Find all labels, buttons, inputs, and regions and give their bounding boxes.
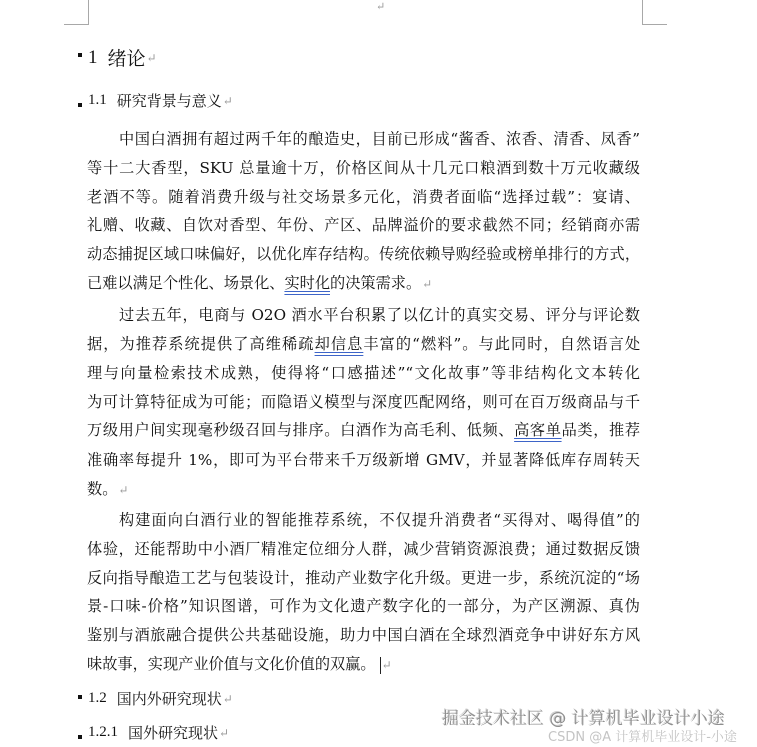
outline-bullet-icon xyxy=(78,695,82,699)
text-line: 过去五年，电商与 O2O 酒水平台积累了以亿计的真实交易、评分与评论数 xyxy=(119,305,640,325)
text-line: 味故事，实现产业价值与文化价值的双赢。↵ xyxy=(87,654,640,675)
heading-number: 1.2 xyxy=(88,690,107,707)
outline-bullet-icon xyxy=(78,735,82,739)
paragraph-mark-icon: ↵ xyxy=(422,277,432,291)
text-line: 景-口味-价格”知识图谱，可作为文化遗产数字化的一部分，为产区溯源、真伪 xyxy=(87,596,640,616)
heading-title: 研究背景与意义 xyxy=(117,90,222,111)
heading-number: 1 xyxy=(88,47,98,69)
spellcheck-underline[interactable]: 实时化 xyxy=(284,274,330,292)
text-line: 动态捕捉区域口味偏好，以优化库存结构。传统依赖导购经验或榜单排行的方式， xyxy=(87,244,640,264)
heading-1[interactable]: 1 绪论 ↵ xyxy=(78,44,157,71)
heading-1-1[interactable]: 1.1 研究背景与意义 ↵ xyxy=(78,90,233,111)
heading-title: 国内外研究现状 xyxy=(117,688,222,709)
paragraph-mark-icon: ↵ xyxy=(223,94,233,108)
text-line: 准确率每提升 1%，即可为平台带来千万级新增 GMV，并显著降低库存周转天 xyxy=(87,450,640,470)
paragraph-mark-icon: ↵ xyxy=(382,658,392,672)
text-line: 等十二大香型，SKU 总量逾十万，价格区间从十几元口粮酒到数十万元收藏级 xyxy=(87,158,640,178)
heading-1-2-1[interactable]: 1.2.1 国外研究现状 ↵ xyxy=(78,722,229,743)
heading-1-2[interactable]: 1.2 国内外研究现状 ↵ xyxy=(78,688,233,709)
outline-bullet-icon xyxy=(78,103,82,107)
text-line: 鉴别与酒旅融合提供公共基础设施，助力中国白酒在全球烈酒竞争中讲好东方风 xyxy=(87,625,640,645)
watermark-csdn: CSDN @A 计算机毕业设计-小途 xyxy=(548,726,737,745)
paragraph-mark-icon: ↵ xyxy=(219,726,229,740)
outline-bullet-icon xyxy=(78,53,82,57)
page-corner-mark-left xyxy=(64,0,89,25)
text-run: 味故事，实现产业价值与文化价值的双赢。 xyxy=(87,655,376,673)
text-line: 中国白酒拥有超过两千年的酿造史，目前已形成“酱香、浓香、清香、凤香” xyxy=(119,129,640,149)
text-run: 数。 xyxy=(87,480,117,498)
paragraph-mark-icon: ↵ xyxy=(118,483,128,497)
spellcheck-underline[interactable]: 高客单 xyxy=(514,421,561,439)
text-line: 数。↵ xyxy=(87,479,640,500)
page-corner-mark-right xyxy=(642,0,667,25)
text-run: 的决策需求。 xyxy=(330,274,421,292)
text-line: 据，为推荐系统提供了高维稀疏却信息丰富的“燃料”。与此同时，自然语言处 xyxy=(87,334,640,354)
text-line: 礼赠、收藏、自饮对香型、年份、产区、品牌溢价的要求截然不同；经销商亦需 xyxy=(87,215,640,235)
text-run: 丰富的“燃料”。与此同时，自然语言处 xyxy=(363,335,640,353)
heading-title: 绪论 xyxy=(108,44,146,71)
text-line: 反向指导酿造工艺与包装设计，推动产业数字化升级。更进一步，系统沉淀的“场 xyxy=(87,568,640,588)
text-line: 构建面向白酒行业的智能推荐系统，不仅提升消费者“买得对、喝得值”的 xyxy=(119,510,640,530)
text-line: 为可计算特征成为可能；而隐语义模型与深度匹配网络，则可在百万级商品与千 xyxy=(87,392,640,412)
text-run: 万级用户间实现毫秒级召回与排序。白酒作为高毛利、低频、 xyxy=(87,421,514,439)
spellcheck-underline[interactable]: 却信息 xyxy=(315,335,364,353)
text-line: 理与向量检索技术成熟，使得将“口感描述”“文化故事”等非结构化文本转化 xyxy=(87,363,640,383)
text-line: 万级用户间实现毫秒级召回与排序。白酒作为高毛利、低频、高客单品类，推荐 xyxy=(87,420,640,440)
heading-number: 1.2.1 xyxy=(88,724,118,741)
paragraph-mark-icon: ↵ xyxy=(376,0,385,13)
text-run: 品类，推荐 xyxy=(562,421,640,439)
text-run: 已难以满足个性化、场景化、 xyxy=(87,274,284,292)
text-line: 体验，还能帮助中小酒厂精准定位细分人群，减少营销资源浪费；通过数据反馈 xyxy=(87,539,640,559)
text-line: 老酒不等。随着消费升级与社交场景多元化，消费者面临“选择过载”：宴请、 xyxy=(87,187,640,207)
heading-number: 1.1 xyxy=(88,92,107,109)
text-run: 据，为推荐系统提供了高维稀疏 xyxy=(87,335,315,353)
text-line: 已难以满足个性化、场景化、实时化的决策需求。↵ xyxy=(87,273,640,294)
text-cursor xyxy=(380,657,381,674)
paragraph-mark-icon: ↵ xyxy=(223,692,233,706)
heading-title: 国外研究现状 xyxy=(128,722,218,743)
paragraph-mark-icon: ↵ xyxy=(147,51,157,65)
